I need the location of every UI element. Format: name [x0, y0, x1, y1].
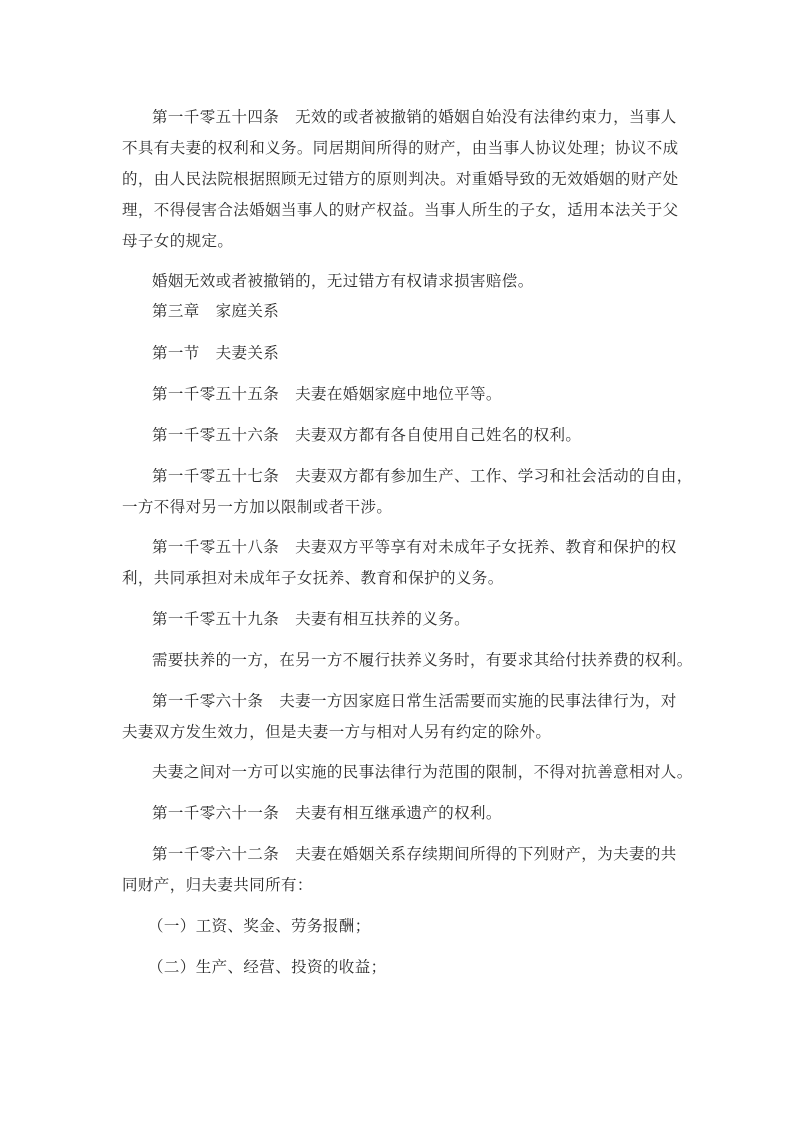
list-item: （一）工资、奖金、劳务报酬；: [148, 916, 708, 936]
paragraph-line: 理，不得侵害合法婚姻当事人的财产权益。当事人所生的子女，适用本法关于父: [122, 200, 682, 220]
paragraph-line: 利，共同承担对未成年子女抚养、教育和保护的义务。: [122, 568, 682, 588]
paragraph-line: 第一千零六十条 夫妻一方因家庭日常生活需要而实施的民事法律行为，对: [152, 691, 712, 711]
paragraph-line: 第一千零五十五条 夫妻在婚姻家庭中地位平等。: [152, 384, 712, 404]
document-page: 第一千零五十四条 无效的或者被撤销的婚姻自始没有法律约束力，当事人 不具有夫妻的…: [0, 0, 793, 1122]
paragraph-line: 夫妻之间对一方可以实施的民事法律行为范围的限制，不得对抗善意相对人。: [152, 762, 712, 782]
paragraph-line: 同财产，归夫妻共同所有：: [122, 875, 682, 895]
paragraph-line: 的，由人民法院根据照顾无过错方的原则判决。对重婚导致的无效婚姻的财产处: [122, 169, 682, 189]
paragraph-line: 第一千零五十四条 无效的或者被撤销的婚姻自始没有法律约束力，当事人: [152, 107, 712, 127]
paragraph-line: 第一千零五十七条 夫妻双方都有参加生产、工作、学习和社会活动的自由，: [152, 466, 712, 486]
paragraph-line: 第一千零五十八条 夫妻双方平等享有对未成年子女抚养、教育和保护的权: [152, 537, 712, 557]
paragraph-line: 母子女的规定。: [122, 231, 682, 251]
paragraph-line: 婚姻无效或者被撤销的，无过错方有权请求损害赔偿。: [152, 271, 712, 291]
paragraph-line: 一方不得对另一方加以限制或者干涉。: [122, 497, 682, 517]
list-item: （二）生产、经营、投资的收益；: [148, 957, 708, 977]
paragraph-line: 第一千零五十九条 夫妻有相互扶养的义务。: [152, 609, 712, 629]
paragraph-line: 第一千零六十一条 夫妻有相互继承遗产的权利。: [152, 803, 712, 823]
paragraph-line: 需要扶养的一方，在另一方不履行扶养义务时，有要求其给付扶养费的权利。: [152, 650, 712, 670]
paragraph-line: 不具有夫妻的权利和义务。同居期间所得的财产，由当事人协议处理；协议不成: [122, 138, 682, 158]
chapter-heading: 第三章 家庭关系: [152, 301, 712, 321]
paragraph-line: 夫妻双方发生效力，但是夫妻一方与相对人另有约定的除外。: [122, 722, 682, 742]
section-heading: 第一节 夫妻关系: [152, 343, 712, 363]
paragraph-line: 第一千零六十二条 夫妻在婚姻关系存续期间所得的下列财产，为夫妻的共: [152, 844, 712, 864]
paragraph-line: 第一千零五十六条 夫妻双方都有各自使用自己姓名的权利。: [152, 425, 712, 445]
